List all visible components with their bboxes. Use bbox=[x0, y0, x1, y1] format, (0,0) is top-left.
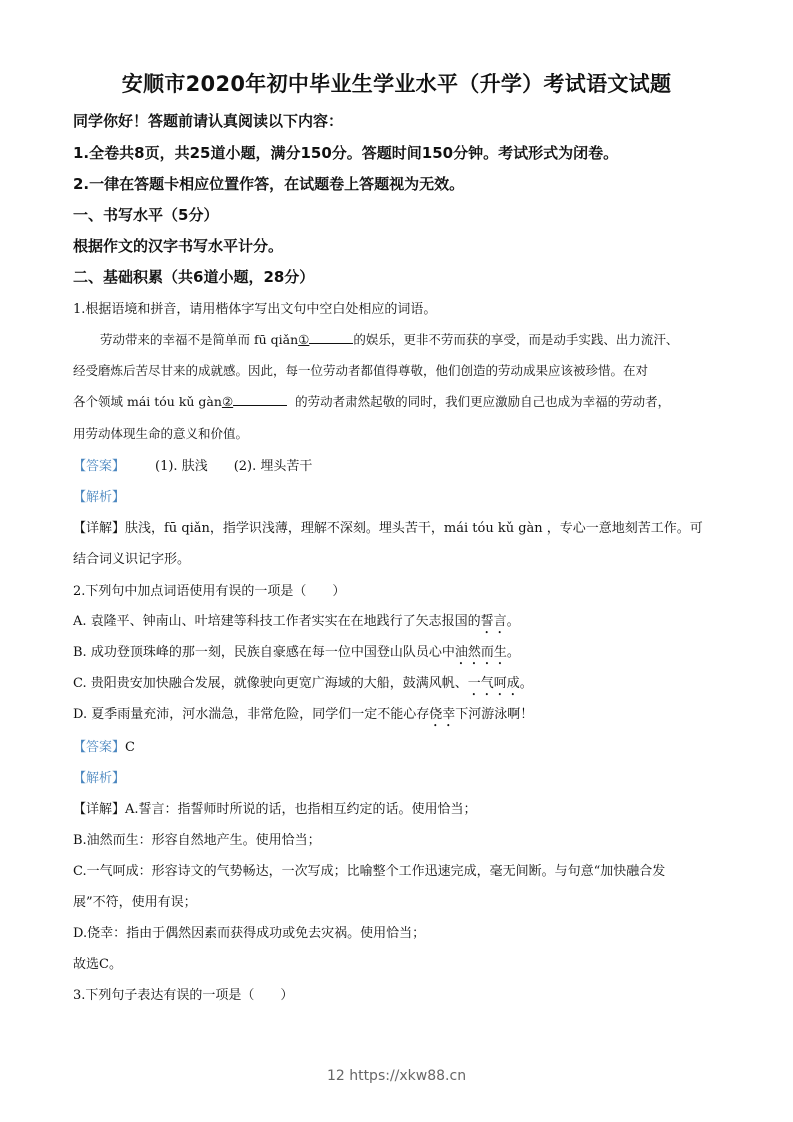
dotted-word: 侥幸 bbox=[429, 707, 455, 722]
question-1-answer: 【答案】(1). 肤浅(2). 埋头苦干 bbox=[73, 455, 312, 474]
question-1-passage-line-3: 各个领域 mái tóu kǔ gàn② 的劳动者肃然起敬的同时，我们更应激励自… bbox=[73, 392, 670, 410]
dotted-word: 誓言 bbox=[481, 614, 507, 629]
section-2-heading: 二、基础积累（共6道小题，28分） bbox=[73, 266, 314, 287]
option-text: C. 贵阳贵安加快融合发展，就像驶向更宽广海域的大船，鼓满风帆、 bbox=[73, 676, 468, 691]
question-2-stem: 2.下列句中加点词语使用有误的一项是（ ） bbox=[73, 580, 345, 599]
question-3-stem: 3.下列句子表达有误的一项是（ ） bbox=[73, 984, 293, 1003]
answer-blank-2 bbox=[233, 393, 287, 406]
question-2-detail-line-2: B.油然而生：形容自然地产生。使用恰当； bbox=[73, 829, 321, 848]
question-1-passage-line-2: 经受磨炼后苦尽甘来的成就感。因此，每一位劳动者都值得尊敬，他们创造的劳动成果应该… bbox=[73, 361, 648, 379]
answer-label: 【答案】 bbox=[73, 459, 125, 474]
option-text: D. 夏季雨量充沛，河水湍急，非常危险，同学们一定不能心存 bbox=[73, 707, 429, 722]
question-1-detail-line-2: 结合词义识记字形。 bbox=[73, 548, 190, 567]
question-2-option-b: B. 成功登顶珠峰的那一刻，民族自豪感在每一位中国登山队员心中油然而生。 bbox=[73, 641, 520, 668]
page-title: 安顺市2020年初中毕业生学业水平（升学）考试语文试题 bbox=[0, 68, 793, 98]
option-text: 。 bbox=[507, 645, 520, 660]
exam-page: 安顺市2020年初中毕业生学业水平（升学）考试语文试题 同学你好！答题前请认真阅… bbox=[0, 0, 793, 1122]
question-2-detail-line-4: 展”不符，使用有误； bbox=[73, 891, 197, 910]
question-2-detail-line-5: D.侥幸：指由于偶然因素而获得成功或免去灾祸。使用恰当； bbox=[73, 922, 425, 941]
section-1-text: 根据作文的汉字书写水平计分。 bbox=[73, 235, 283, 256]
passage-text: 的娱乐，更非不劳而获的享受，而是动手实践、出力流汗、 bbox=[353, 332, 678, 347]
answer-value: C bbox=[125, 740, 135, 755]
question-2-option-a: A. 袁隆平、钟南山、叶培建等科技工作者实实在在地践行了矢志报国的誓言。 bbox=[73, 610, 520, 637]
option-text: A. 袁隆平、钟南山、叶培建等科技工作者实实在在地践行了矢志报国的 bbox=[73, 614, 481, 629]
question-1-detail-line-1: 【详解】肤浅，fū qiǎn，指学识浅薄，理解不深刻。埋头苦干，mái tóu … bbox=[73, 517, 703, 536]
intro-rule-1: 1.全卷共8页，共25道小题，满分150分。答题时间150分钟。考试形式为闭卷。 bbox=[73, 142, 618, 163]
answer-1: (1). 肤浅 bbox=[155, 459, 208, 474]
question-2-option-c: C. 贵阳贵安加快融合发展，就像驶向更宽广海域的大船，鼓满风帆、一气呵成。 bbox=[73, 672, 533, 699]
analysis-label: 【解析】 bbox=[73, 486, 125, 505]
analysis-label: 【解析】 bbox=[73, 767, 125, 786]
blank-marker-2: ② bbox=[222, 394, 233, 409]
intro-greeting: 同学你好！答题前请认真阅读以下内容： bbox=[73, 110, 343, 131]
answer-label: 【答案】 bbox=[73, 740, 125, 755]
section-1-heading: 一、书写水平（5分） bbox=[73, 204, 218, 225]
intro-rule-2: 2.一律在答题卡相应位置作答，在试题卷上答题视为无效。 bbox=[73, 173, 464, 194]
question-1-passage-line-4: 用劳动体现生命的意义和价值。 bbox=[73, 424, 248, 442]
passage-text: 劳动带来的幸福不是简单而 fū qiǎn bbox=[100, 332, 298, 347]
answer-2: (2). 埋头苦干 bbox=[234, 459, 313, 474]
question-2-detail-line-6: 故选C。 bbox=[73, 953, 122, 972]
dotted-word: 一气呵成 bbox=[468, 676, 520, 691]
answer-blank-1 bbox=[309, 331, 353, 344]
blank-marker-1: ① bbox=[298, 332, 309, 347]
question-1-passage-line-1: 劳动带来的幸福不是简单而 fū qiǎn①的娱乐，更非不劳而获的享受，而是动手实… bbox=[100, 330, 678, 348]
question-1-stem: 1.根据语境和拼音，请用楷体字写出文句中空白处相应的词语。 bbox=[73, 298, 436, 317]
passage-text: 的劳动者肃然起敬的同时，我们更应激励自己也成为幸福的劳动者， bbox=[295, 394, 670, 409]
passage-text: 各个领域 mái tóu kǔ gàn bbox=[73, 394, 222, 409]
question-2-answer: 【答案】C bbox=[73, 736, 135, 755]
option-text: 下河游泳啊！ bbox=[455, 707, 533, 722]
option-text: 。 bbox=[507, 614, 520, 629]
dotted-word: 油然而生 bbox=[455, 645, 507, 660]
question-2-detail-line-1: 【详解】A.誓言：指誓师时所说的话，也指相互约定的话。使用恰当； bbox=[73, 798, 477, 817]
option-text: B. 成功登顶珠峰的那一刻，民族自豪感在每一位中国登山队员心中 bbox=[73, 645, 455, 660]
question-2-option-d: D. 夏季雨量充沛，河水湍急，非常危险，同学们一定不能心存侥幸下河游泳啊！ bbox=[73, 703, 533, 730]
question-2-detail-line-3: C.一气呵成：形容诗文的气势畅达，一次写成；比喻整个工作迅速完成，毫无间断。与句… bbox=[73, 860, 665, 879]
option-text: 。 bbox=[520, 676, 533, 691]
page-footer: 12 https://xkw88.cn bbox=[0, 1068, 793, 1084]
